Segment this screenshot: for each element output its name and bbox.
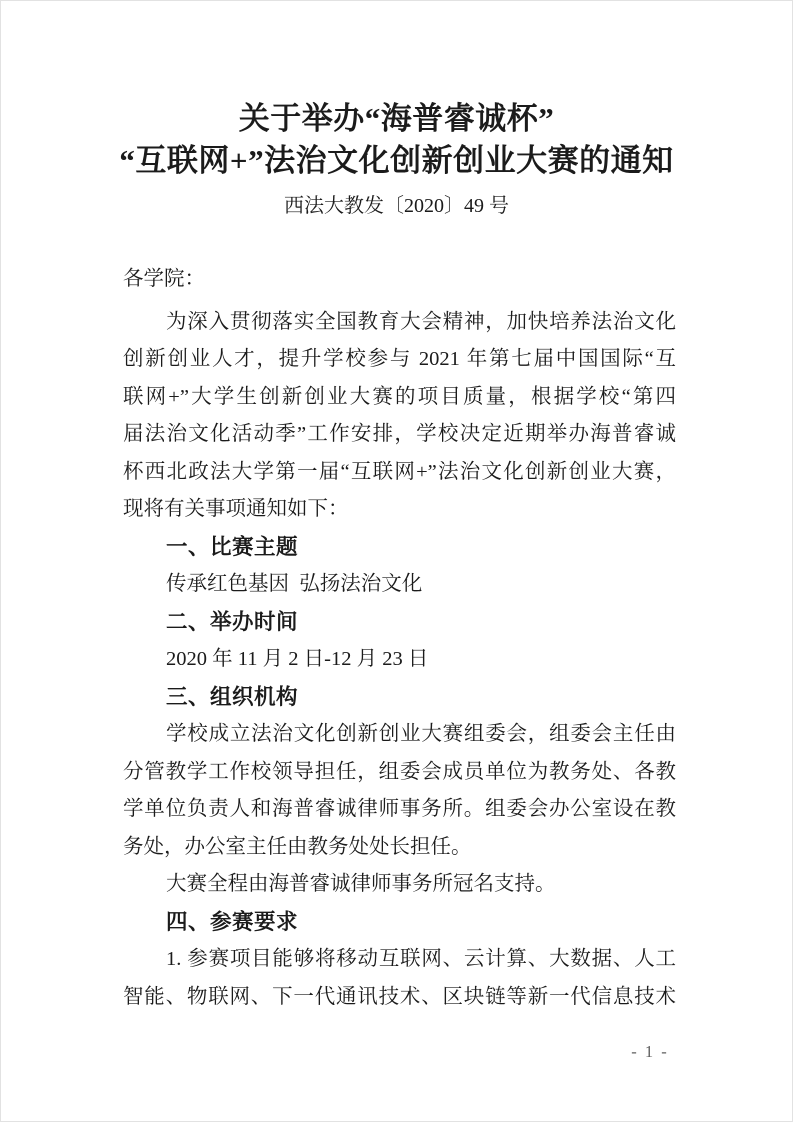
document-line: 分管教学工作校领导担任，组委会成员单位为教务处、各教 [123,754,676,792]
date-line: 2020 年 11 月 2 日-12 月 23 日 [123,641,676,679]
document-title: 关于举办“海普睿诚杯” “互联网+”法治文化创新创业大赛的通知 [1,98,792,182]
doc-number: 西法大教发〔2020〕49 号 [1,193,792,219]
document-line: 为深入贯彻落实全国教育大会精神，加快培养法治文化 [123,304,676,342]
document-line: 智能、物联网、下一代通讯技术、区块链等新一代信息技术 [123,979,676,1017]
document-line: 创新创业人才，提升学校参与 2021 年第七届中国国际“互 [123,341,676,379]
section-heading-2: 二、举办时间 [123,604,676,642]
theme-line: 传承红色基因 弘扬法治文化 [123,566,676,604]
section-heading-4: 四、参赛要求 [123,904,676,942]
document-line: 现将有关事项通知如下： [123,491,676,529]
document-body: 各学院： 为深入贯彻落实全国教育大会精神，加快培养法治文化 创新创业人才，提升学… [123,261,676,1016]
document-line: 学单位负责人和海普睿诚律师事务所。组委会办公室设在教 [123,791,676,829]
document-line: 联网+”大学生创新创业大赛的项目质量，根据学校“第四 [123,379,676,417]
salutation-line: 各学院： [123,261,676,299]
document-line: 杯西北政法大学第一届“互联网+”法治文化创新创业大赛， [123,454,676,492]
page-number: - 1 - [619,1042,681,1062]
document-line: 届法治文化活动季”工作安排，学校决定近期举办海普睿诚 [123,416,676,454]
document-page: 关于举办“海普睿诚杯” “互联网+”法治文化创新创业大赛的通知 西法大教发〔20… [0,0,793,1122]
document-line: 务处，办公室主任由教务处处长担任。 [123,829,676,867]
title-line-1: 关于举办“海普睿诚杯” [1,98,792,140]
document-line: 学校成立法治文化创新创业大赛组委会，组委会主任由 [123,716,676,754]
document-line: 1. 参赛项目能够将移动互联网、云计算、大数据、人工 [123,941,676,979]
title-line-2: “互联网+”法治文化创新创业大赛的通知 [1,140,792,182]
section-heading-1: 一、比赛主题 [123,529,676,567]
document-line: 大赛全程由海普睿诚律师事务所冠名支持。 [123,866,676,904]
section-heading-3: 三、组织机构 [123,679,676,717]
